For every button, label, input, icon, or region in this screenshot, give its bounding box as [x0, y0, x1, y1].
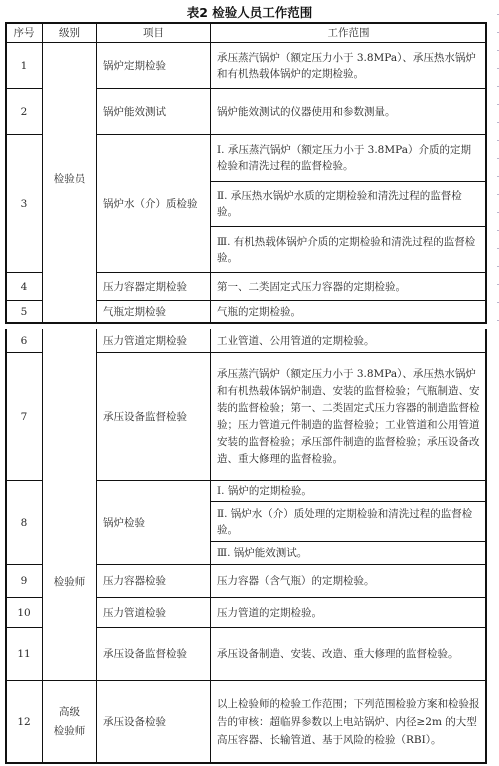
- row-no: 11: [5, 627, 43, 681]
- row-item: 锅炉检验: [96, 480, 211, 565]
- row-no: 10: [5, 597, 43, 628]
- row-item: 压力管道定期检验: [96, 329, 211, 353]
- row-scope-sub-2: Ⅱ. 锅炉水（介）质处理的定期检验和清洗过程的监督检验。: [210, 501, 487, 542]
- row-item: 锅炉水（介）质检验: [96, 134, 211, 273]
- row-scope-sub-3: Ⅲ. 锅炉能效测试。: [210, 541, 487, 565]
- row-scope: 承压蒸汽锅炉（额定压力小于 3.8MPa）、承压热水锅炉和有机热载体锅炉的定期检…: [210, 42, 487, 89]
- level-inspector: 检验员: [42, 42, 97, 323]
- level-engineer: 检验师: [42, 329, 97, 681]
- row-scope: 锅炉能效测试的仪器使用和参数测量。: [210, 88, 487, 135]
- row-scope-sub-3: Ⅲ. 有机热载体锅炉介质的定期检验和清洗过程的监督检验。: [210, 226, 487, 273]
- row-item: 压力容器定期检验: [96, 272, 211, 301]
- header-level: 级别: [42, 22, 97, 43]
- table-title: 表2 检验人员工作范围: [0, 3, 499, 21]
- row-scope: 压力管道的定期检验。: [210, 597, 487, 628]
- row-no: 9: [5, 564, 43, 598]
- row-no: 6: [5, 329, 43, 353]
- row-no: 5: [5, 300, 43, 323]
- header-no: 序号: [5, 22, 43, 43]
- row-scope: 气瓶的定期检验。: [210, 300, 487, 323]
- row-no: 8: [5, 480, 43, 565]
- header-scope: 工作范围: [210, 22, 487, 43]
- row-item: 承压设备检验: [96, 680, 211, 763]
- row-no: 12: [5, 680, 43, 763]
- row-scope: 第一、二类固定式压力容器的定期检验。: [210, 272, 487, 301]
- row-scope: 承压设备制造、安装、改造、重大修理的监督检验。: [210, 627, 487, 681]
- level-senior: 高级 检验师: [42, 680, 97, 763]
- row-item: 气瓶定期检验: [96, 300, 211, 323]
- row-scope: 工业管道、公用管道的定期检验。: [210, 329, 487, 353]
- row-item: 压力管道检验: [96, 597, 211, 628]
- row-scope: 以上检验师的检验工作范围；下列范围检验方案和检验报告的审核：超临界参数以上电站锅…: [210, 680, 487, 763]
- header-item: 项目: [96, 22, 211, 43]
- row-item: 压力容器检验: [96, 564, 211, 598]
- row-scope-sub-1: Ⅰ. 承压蒸汽锅炉（额定压力小于 3.8MPa）介质的定期检验和清洗过程的监督检…: [210, 134, 487, 182]
- row-no: 1: [5, 42, 43, 89]
- row-item: 承压设备监督检验: [96, 627, 211, 681]
- row-no: 3: [5, 134, 43, 273]
- row-item: 锅炉定期检验: [96, 42, 211, 89]
- row-scope-sub-2: Ⅱ. 承压热水锅炉水质的定期检验和清洗过程的监督检验。: [210, 181, 487, 227]
- row-scope: 压力容器（含气瓶）的定期检验。: [210, 564, 487, 598]
- row-scope: 承压蒸汽锅炉（额定压力小于 3.8MPa）、承压热水锅炉和有机热载体锅炉制造、安…: [210, 352, 487, 481]
- row-no: 7: [5, 352, 43, 481]
- row-no: 2: [5, 88, 43, 135]
- row-item: 承压设备监督检验: [96, 352, 211, 481]
- row-item: 锅炉能效测试: [96, 88, 211, 135]
- row-no: 4: [5, 272, 43, 301]
- row-scope-sub-1: Ⅰ. 锅炉的定期检验。: [210, 480, 487, 502]
